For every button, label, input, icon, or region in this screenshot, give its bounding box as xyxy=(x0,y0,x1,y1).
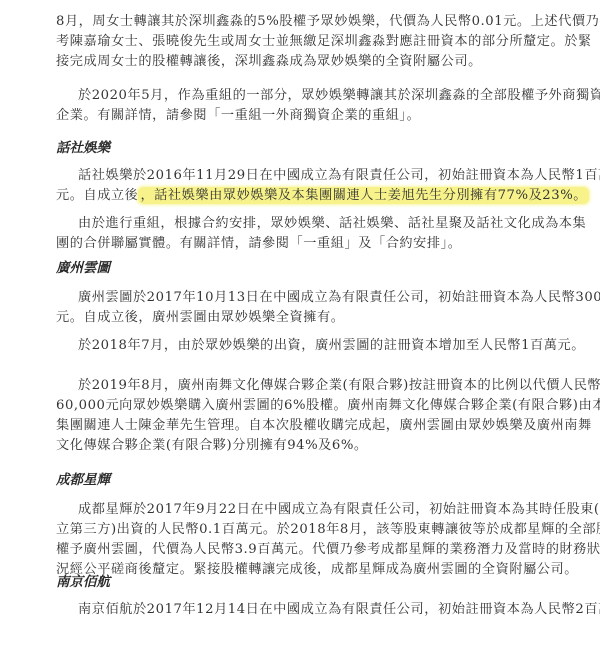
text-line: 元。自成立後，廣州雲圖由眾妙娛樂全資擁有。 xyxy=(56,308,544,328)
text-line: 考陳嘉瑜女士、張曉俊先生或周女士並無繳足深圳鑫淼對應註冊資本的部分所釐定。於緊 xyxy=(56,32,544,52)
paragraph-shenzhen-xinmiao-transfer: 8月，周女士轉讓其於深圳鑫淼的5%股權予眾妙娛樂，代價為人民幣0.01元。上述代… xyxy=(56,12,544,72)
text-segment: 元。自成立後 xyxy=(56,188,138,203)
highlighted-text: ，話社娛樂由眾妙娛樂及本集團關連人士姜旭先生分別擁有77%及23%。 xyxy=(138,187,589,204)
text-line: 於2020年5月，作為重組的一部分，眾妙娛樂轉讓其於深圳鑫淼的全部股權予外商獨資 xyxy=(56,86,544,106)
paragraph-chengdu-xinghui: 成都星輝於2017年9月22日在中國成立為有限責任公司，初始註冊資本為其時任股東… xyxy=(56,500,544,580)
section-heading-chengdu-xinghui: 成都星輝 xyxy=(56,470,544,490)
section-heading-guangzhou-yuntu: 廣州雲圖 xyxy=(56,258,544,278)
section-heading-huashe-entertainment: 話社娛樂 xyxy=(56,138,544,158)
text-line: 60,000元向眾妙娛樂購入廣州雲圖的6%股權。廣州南舞文化傳媒合夥企業(有限合… xyxy=(56,396,544,416)
text-line: 文化傳媒合夥企業(有限合夥)分別擁有94%及6%。 xyxy=(56,436,544,456)
text-line: 由於進行重組，根據合約安排，眾妙娛樂、話社娛樂、話社星聚及話社文化成為本集 xyxy=(56,214,544,234)
text-line: 話社娛樂於2016年11月29日在中國成立為有限責任公司，初始註冊資本為人民幣1… xyxy=(56,166,544,186)
text-line: 南京佰航於2017年12月14日在中國成立為有限責任公司，初始註冊資本為人民幣2… xyxy=(56,600,544,620)
text-line: 集團關連人士陳金華先生管理。自本次股權收購完成起，廣州雲圖由眾妙娛樂及廣州南舞 xyxy=(56,416,544,436)
text-line: 廣州雲圖於2017年10月13日在中國成立為有限責任公司，初始註冊資本為人民幣3… xyxy=(56,288,544,308)
document-page: 8月，周女士轉讓其於深圳鑫淼的5%股權予眾妙娛樂，代價為人民幣0.01元。上述代… xyxy=(0,0,600,651)
text-line: 8月，周女士轉讓其於深圳鑫淼的5%股權予眾妙娛樂，代價為人民幣0.01元。上述代… xyxy=(56,12,544,32)
paragraph-2019-equity-acquisition: 於2019年8月，廣州南舞文化傳媒合夥企業(有限合夥)按註冊資本的比例以代價人民… xyxy=(56,376,544,456)
paragraph-2020-restructuring: 於2020年5月，作為重組的一部分，眾妙娛樂轉讓其於深圳鑫淼的全部股權予外商獨資… xyxy=(56,86,544,126)
paragraph-nanjing-baihang: 南京佰航於2017年12月14日在中國成立為有限責任公司，初始註冊資本為人民幣2… xyxy=(56,600,544,620)
paragraph-2018-capital-increase: 於2018年7月，由於眾妙娛樂的出資，廣州雲圖的註冊資本增加至人民幣1百萬元。 xyxy=(56,336,544,356)
section-heading-nanjing-baihang: 南京佰航 xyxy=(56,572,544,592)
text-line: 元。自成立後，話社娛樂由眾妙娛樂及本集團關連人士姜旭先生分別擁有77%及23%。 xyxy=(56,186,544,206)
text-line: 企業。有關詳情，請參閱「一重組一外商獨資企業的重組」。 xyxy=(56,106,544,126)
text-line: 於2019年8月，廣州南舞文化傳媒合夥企業(有限合夥)按註冊資本的比例以代價人民… xyxy=(56,376,544,396)
text-line: 團的合併聯屬實體。有關詳情，請參閱「一重組」及「合約安排」。 xyxy=(56,234,544,254)
text-line: 立第三方)出資的人民幣0.1百萬元。於2018年8月，該等股東轉讓彼等於成都星輝… xyxy=(56,520,544,540)
text-line: 權予廣州雲圖，代價為人民幣3.9百萬元。代價乃參考成都星輝的業務潛力及當時的財務… xyxy=(56,540,544,560)
paragraph-contractual-arrangements: 由於進行重組，根據合約安排，眾妙娛樂、話社娛樂、話社星聚及話社文化成為本集 團的… xyxy=(56,214,544,254)
text-line: 於2018年7月，由於眾妙娛樂的出資，廣州雲圖的註冊資本增加至人民幣1百萬元。 xyxy=(56,336,544,356)
text-line: 接完成周女士的股權轉讓後，深圳鑫淼成為眾妙娛樂的全資附屬公司。 xyxy=(56,52,544,72)
text-line: 成都星輝於2017年9月22日在中國成立為有限責任公司，初始註冊資本為其時任股東… xyxy=(56,500,544,520)
paragraph-guangzhou-yuntu-establishment: 廣州雲圖於2017年10月13日在中國成立為有限責任公司，初始註冊資本為人民幣3… xyxy=(56,288,544,328)
paragraph-huashe-establishment: 話社娛樂於2016年11月29日在中國成立為有限責任公司，初始註冊資本為人民幣1… xyxy=(56,166,544,206)
